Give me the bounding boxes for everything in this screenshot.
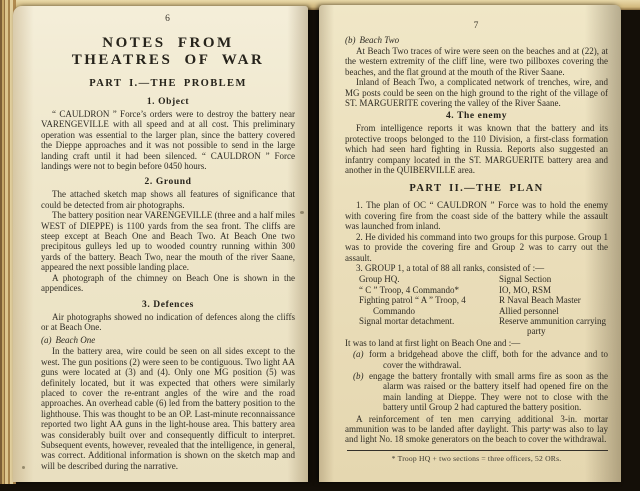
list-item: IO, MO, RSM bbox=[499, 285, 608, 295]
section2-heading: 2. Ground bbox=[41, 177, 295, 187]
subsection-label: (b) bbox=[345, 35, 356, 45]
part1-heading: PART I.—THE PROBLEM bbox=[41, 78, 295, 89]
item-label: (a) bbox=[353, 349, 369, 370]
paragraph: From intelligence reports it was known t… bbox=[345, 123, 608, 175]
page-number-left: 6 bbox=[41, 14, 295, 24]
subsection-b-heading: (b)Beach Two bbox=[345, 35, 608, 45]
subsection-title: Beach One bbox=[56, 335, 96, 345]
list-item: Signal mortar detachment. bbox=[359, 316, 493, 326]
list-item: Allied personnel bbox=[499, 306, 608, 316]
book-title-line1: NOTES FROM bbox=[41, 35, 295, 52]
book-spread: 6 NOTES FROM THEATRES OF WAR PART I.—THE… bbox=[0, 0, 640, 491]
paragraph: The battery position near VARENGEVILLE (… bbox=[41, 210, 295, 272]
item-label: (b) bbox=[353, 371, 369, 413]
paragraph: At Beach Two traces of wire were seen on… bbox=[345, 46, 608, 77]
task-item-b: (b) engage the battery frontally with sm… bbox=[353, 371, 608, 413]
subsection-title: Beach Two bbox=[360, 35, 400, 45]
list-item: Signal Section bbox=[499, 274, 608, 284]
paragraph: A reinforcement of ten men carrying addi… bbox=[345, 414, 608, 445]
paragraph: The attached sketch map shows all featur… bbox=[41, 189, 295, 210]
book-title-line2: THEATRES OF WAR bbox=[41, 52, 295, 69]
paragraph: In the battery area, wire could be seen … bbox=[41, 346, 295, 471]
footnote: * Troop HQ + two sections = three office… bbox=[345, 454, 608, 463]
task-item-a: (a) form a bridgehead above the cliff, b… bbox=[353, 349, 608, 370]
paragraph: “ CAULDRON ” Force’s orders were to dest… bbox=[41, 109, 295, 171]
group-column-right: Signal Section IO, MO, RSM R Naval Beach… bbox=[499, 274, 608, 336]
list-item: Fighting patrol “ A ” Troop, 4 Commando bbox=[359, 295, 493, 316]
paragraph: Air photographs showed no indication of … bbox=[41, 312, 295, 333]
item-text: form a bridgehead above the cliff, both … bbox=[369, 349, 608, 370]
group1-composition-list: Group HQ. “ C ” Troop, 4 Commando* Fight… bbox=[359, 274, 608, 336]
right-page: 7 (b)Beach Two At Beach Two traces of wi… bbox=[319, 5, 621, 482]
item-text: engage the battery frontally with small … bbox=[369, 371, 608, 413]
page-number-right: 7 bbox=[345, 21, 608, 31]
footnote-rule bbox=[347, 450, 608, 451]
landing-intro-line: It was to land at first light on Beach O… bbox=[345, 338, 608, 348]
left-page: 6 NOTES FROM THEATRES OF WAR PART I.—THE… bbox=[13, 6, 308, 482]
paragraph: A photograph of the chimney on Beach One… bbox=[41, 273, 295, 294]
subsection-a-heading: (a)Beach One bbox=[41, 335, 295, 345]
list-item: Reserve ammunition carrying party bbox=[499, 316, 608, 337]
list-item: R Naval Beach Master bbox=[499, 295, 608, 305]
paper-speck bbox=[22, 466, 25, 469]
paragraph: 2. He divided his command into two group… bbox=[345, 232, 608, 263]
section1-heading: 1. Object bbox=[41, 97, 295, 107]
paper-speck bbox=[548, 427, 551, 429]
subsection-label: (a) bbox=[41, 335, 52, 345]
section4-heading: 4. The enemy bbox=[345, 111, 608, 121]
list-item: “ C ” Troop, 4 Commando* bbox=[359, 285, 493, 295]
paragraph: 1. The plan of OC “ CAULDRON ” Force was… bbox=[345, 200, 608, 231]
paragraph: Inland of Beach Two, a complicated netwo… bbox=[345, 77, 608, 108]
part2-heading: PART II.—THE PLAN bbox=[345, 183, 608, 194]
paper-speck bbox=[300, 211, 304, 214]
list-item: Group HQ. bbox=[359, 274, 493, 284]
paragraph: 3. GROUP 1, a total of 88 all ranks, con… bbox=[345, 263, 608, 273]
section3-heading: 3. Defences bbox=[41, 300, 295, 310]
group-column-left: Group HQ. “ C ” Troop, 4 Commando* Fight… bbox=[359, 274, 493, 336]
